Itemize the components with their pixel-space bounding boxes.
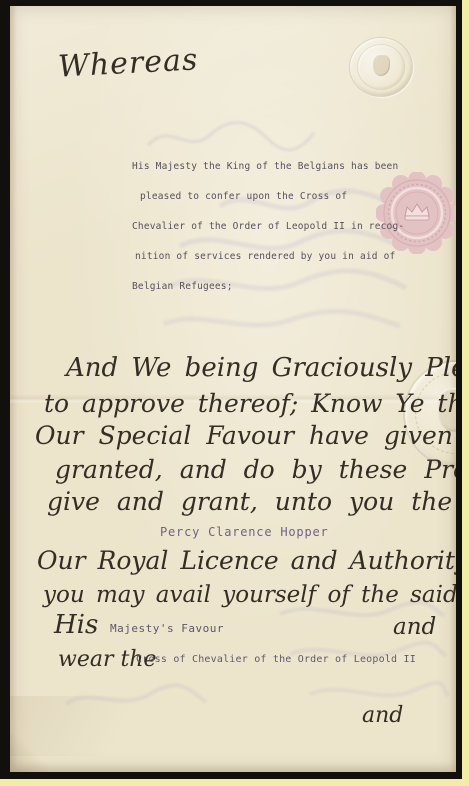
script-grant-line: granted, and do by these Presents xyxy=(55,455,456,484)
script-his-word: His xyxy=(54,610,98,640)
typed-recital-line: pleased to confer upon the Cross of xyxy=(132,182,404,212)
typed-decoration-name: Cross of Chevalier of the Order of Leopo… xyxy=(136,654,416,665)
royal-embossed-seal-icon xyxy=(349,37,413,97)
paper-fold-corner xyxy=(10,734,48,772)
typed-recital-line: His Majesty the King of the Belgians has… xyxy=(132,152,404,182)
typed-recital-line: nition of services rendered by you in ai… xyxy=(132,242,404,272)
photo-background: { "document": { "opening_word": "Whereas… xyxy=(0,0,469,786)
script-and-word: and xyxy=(393,614,436,640)
ink-bleedthrough xyxy=(60,678,210,718)
script-grant-line: give and grant, unto you the said xyxy=(47,487,456,516)
coat-of-arms-icon xyxy=(372,54,390,76)
script-grant-line: Our Special Favour have given and xyxy=(35,421,456,450)
recipient-name: Percy Clarence Hopper xyxy=(160,525,329,539)
licence-document-page: Whereas His Majesty the King of the Belg… xyxy=(10,6,456,772)
opening-word: Whereas xyxy=(57,42,199,84)
typed-recital-block: His Majesty the King of the Belgians has… xyxy=(132,152,404,302)
closing-word: and xyxy=(362,703,403,728)
script-licence-line: you may avail yourself of the said mark … xyxy=(43,582,456,608)
typed-recital-line: Belgian Refugees; xyxy=(132,272,404,302)
script-licence-line: Our Royal Licence and Authority that xyxy=(37,546,456,575)
script-grant-line: And We being Graciously Pleased xyxy=(66,353,456,383)
typed-recital-line: Chevalier of the Order of Leopold II in … xyxy=(132,212,404,242)
script-grant-line: to approve thereof; Know Ye that We of xyxy=(44,389,456,418)
typed-favour-text: Majesty's Favour xyxy=(110,622,224,635)
